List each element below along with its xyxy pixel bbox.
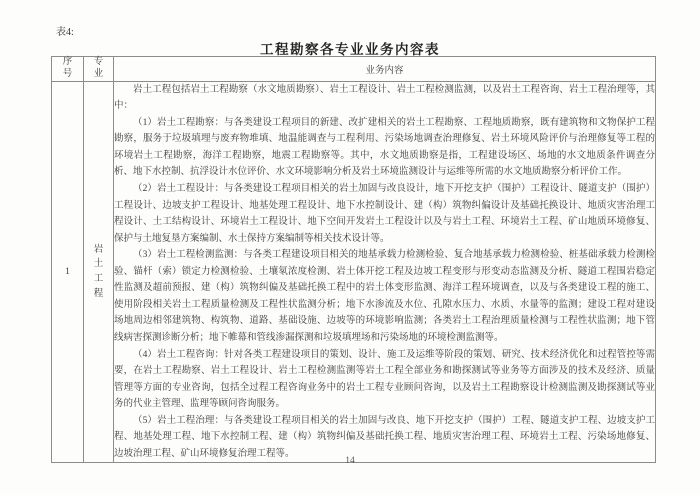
content-paragraph-design: （2）岩土工程设计：与各类建设工程项目相关的岩土加固与改良设计，地下开挖支护（围… <box>114 181 655 247</box>
content-paragraph-treatment: （5）岩土工程治理：与各类建设工程项目相关的岩土加固与改良、地下开挖支护（围护）… <box>114 413 655 463</box>
page-title: 工程勘察各专业业务内容表 <box>0 38 700 58</box>
table-label: 表4: <box>56 23 74 38</box>
serial-number-cell: 1 <box>52 81 84 463</box>
header-serial-number-label: 序号 <box>63 57 73 81</box>
header-specialty-label: 专业 <box>94 57 104 81</box>
business-content-table: 序号 专业 业务内容 1 岩土工程 岩土工程包括岩土工程勘察（水文地质勘察）、岩… <box>51 56 656 463</box>
specialty-vertical-label: 岩土工程 <box>94 243 104 302</box>
table-header-row: 序号 专业 业务内容 <box>52 57 656 82</box>
header-serial-number: 序号 <box>52 57 84 82</box>
header-specialty: 专业 <box>84 57 114 82</box>
content-paragraph-survey: （1）岩土工程勘察：与各类建设工程项目的新建、改扩建相关的岩土工程勘察、工程地质… <box>114 115 655 181</box>
table-row: 1 岩土工程 岩土工程包括岩土工程勘察（水文地质勘察）、岩土工程设计、岩土工程检… <box>52 81 656 463</box>
content-paragraph-testing-monitoring: （3）岩土工程检测监测：与各类工程建设项目相关的地基承载力检测检验、复合地基承载… <box>114 247 655 346</box>
content-paragraph-consulting: （4）岩土工程咨询：针对各类工程建设项目的策划、设计、施工及运维等阶段的策划、研… <box>114 347 655 413</box>
content-paragraph-intro: 岩土工程包括岩土工程勘察（水文地质勘察）、岩土工程设计、岩土工程检测监测，以及岩… <box>114 82 655 115</box>
page-number: 14 <box>0 456 700 466</box>
header-business-content: 业务内容 <box>114 57 656 82</box>
document-page: 表4: 工程勘察各专业业务内容表 序号 专业 业务内容 1 岩土工程 <box>0 0 700 495</box>
specialty-cell: 岩土工程 <box>84 81 114 463</box>
business-content-cell: 岩土工程包括岩土工程勘察（水文地质勘察）、岩土工程设计、岩土工程检测监测，以及岩… <box>114 81 656 463</box>
